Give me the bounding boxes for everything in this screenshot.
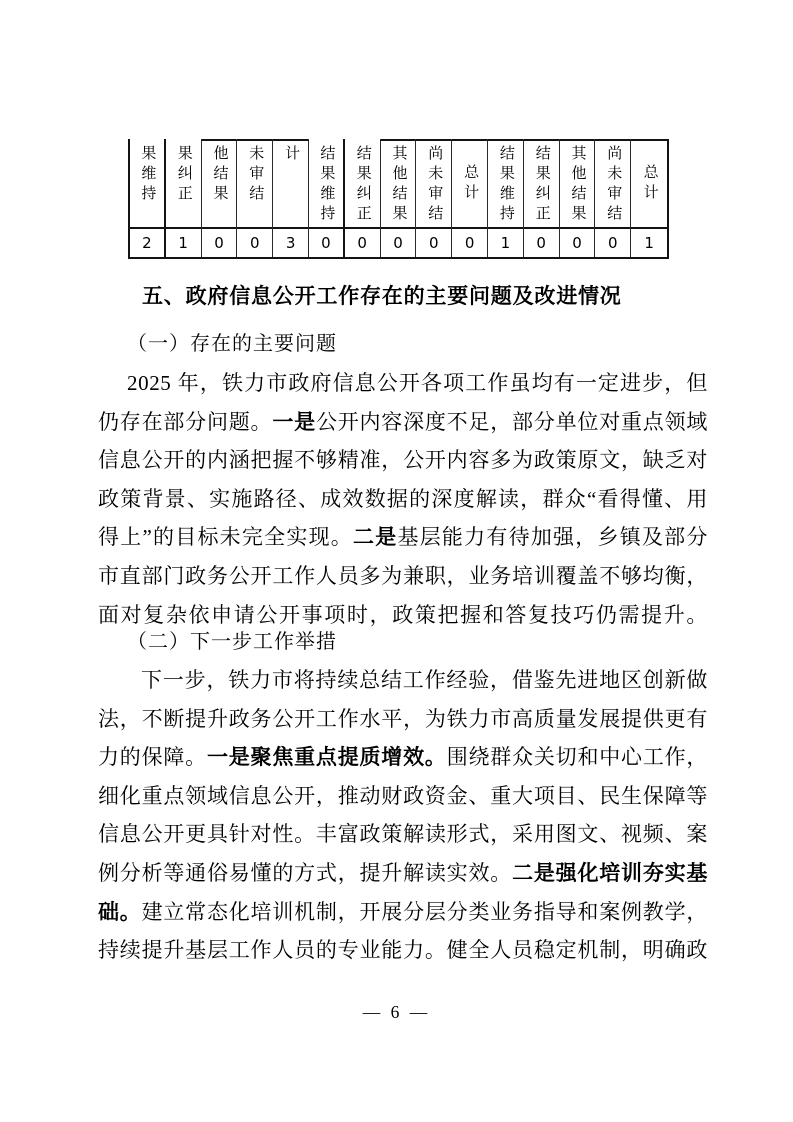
column-header-label: 结果纠正 [534,141,549,225]
column-header-label: 尚未审结 [605,141,620,225]
column-header-label: 他结果 [211,141,226,205]
subsection-heading-measures: （二）下一步工作举措 [98,629,708,655]
emphasis-run: 一是 [272,410,316,434]
table-column: 尚未审结0 [595,139,631,257]
column-header-label: 结果维持 [318,141,333,225]
column-header: 果维持 [130,139,164,229]
table-column: 未审结0 [237,139,273,257]
column-value: 1 [166,229,201,257]
subsection-heading-problems: （一）存在的主要问题 [98,331,708,357]
column-value: 0 [524,229,559,257]
table-column: 总计1 [631,139,667,257]
column-value: 0 [381,229,416,257]
column-value: 0 [202,229,237,257]
column-value: 0 [416,229,451,257]
table-column: 总计0 [452,139,488,257]
column-header: 其他结果 [560,139,595,229]
emphasis-run: 二是 [353,525,397,549]
column-header-label: 结果维持 [498,141,513,225]
column-value: 2 [130,229,164,257]
results-table-continuation: 果维持2果纠正1他结果0未审结0计3结果维持0结果纠正0其他结果0尚未审结0总计… [128,139,669,259]
column-header-label: 结果纠正 [355,141,370,225]
table-column: 果维持2 [130,139,166,257]
table-column: 尚未审结0 [416,139,452,257]
table-column: 结果纠正0 [345,139,381,257]
column-header-label: 果纠正 [176,141,191,205]
column-value: 0 [309,229,343,257]
column-header: 总计 [631,139,667,229]
column-value: 3 [273,229,308,257]
column-header: 结果纠正 [524,139,559,229]
document-page: 果维持2果纠正1他结果0未审结0计3结果维持0结果纠正0其他结果0尚未审结0总计… [0,0,793,1122]
table-column: 结果维持0 [309,139,345,257]
column-header: 结果维持 [309,139,343,229]
column-header: 总计 [452,139,487,229]
column-header: 他结果 [202,139,237,229]
column-header-label: 总计 [642,164,657,204]
emphasis-run: 一是聚焦重点提质增效。 [207,745,447,769]
table-column: 计3 [273,139,309,257]
table-column: 结果纠正0 [524,139,560,257]
table-column: 结果维持1 [488,139,524,257]
column-header: 结果维持 [488,139,523,229]
column-header: 尚未审结 [416,139,451,229]
column-header: 结果纠正 [345,139,380,229]
column-header: 果纠正 [166,139,201,229]
column-header-label: 未审结 [247,141,262,205]
column-header-label: 计 [283,141,298,165]
column-header-label: 果维持 [139,141,154,205]
page-number: — 6 — [0,1002,793,1023]
column-header-label: 尚未审结 [426,141,441,225]
column-header: 尚未审结 [595,139,630,229]
column-header-label: 其他结果 [569,141,584,225]
column-header: 其他结果 [381,139,416,229]
column-value: 0 [345,229,380,257]
column-value: 0 [452,229,487,257]
text-run: 建立常态化培训机制，开展分层分类业务指导和案例教学，持续提升基层工作人员的专业能… [98,900,708,963]
table-column: 其他结果0 [381,139,417,257]
paragraph-problems: 2025 年，铁力市政府信息公开各项工作虽均有一定进步，但仍存在部分问题。一是公… [98,364,708,634]
column-value: 0 [237,229,272,257]
table-column: 其他结果0 [560,139,596,257]
table-column: 他结果0 [202,139,238,257]
column-header: 计 [273,139,308,229]
column-value: 1 [631,229,667,257]
paragraph-measures: 下一步，铁力市将持续总结工作经验，借鉴先进地区创新做法，不断提升政务公开工作水平… [98,661,708,970]
table-column: 果纠正1 [166,139,202,257]
column-value: 0 [595,229,630,257]
column-value: 0 [560,229,595,257]
column-value: 1 [488,229,523,257]
column-header-label: 其他结果 [390,141,405,225]
section-heading: 五、政府信息公开工作存在的主要问题及改进情况 [98,281,708,313]
column-header-label: 总计 [462,164,477,204]
column-header: 未审结 [237,139,272,229]
